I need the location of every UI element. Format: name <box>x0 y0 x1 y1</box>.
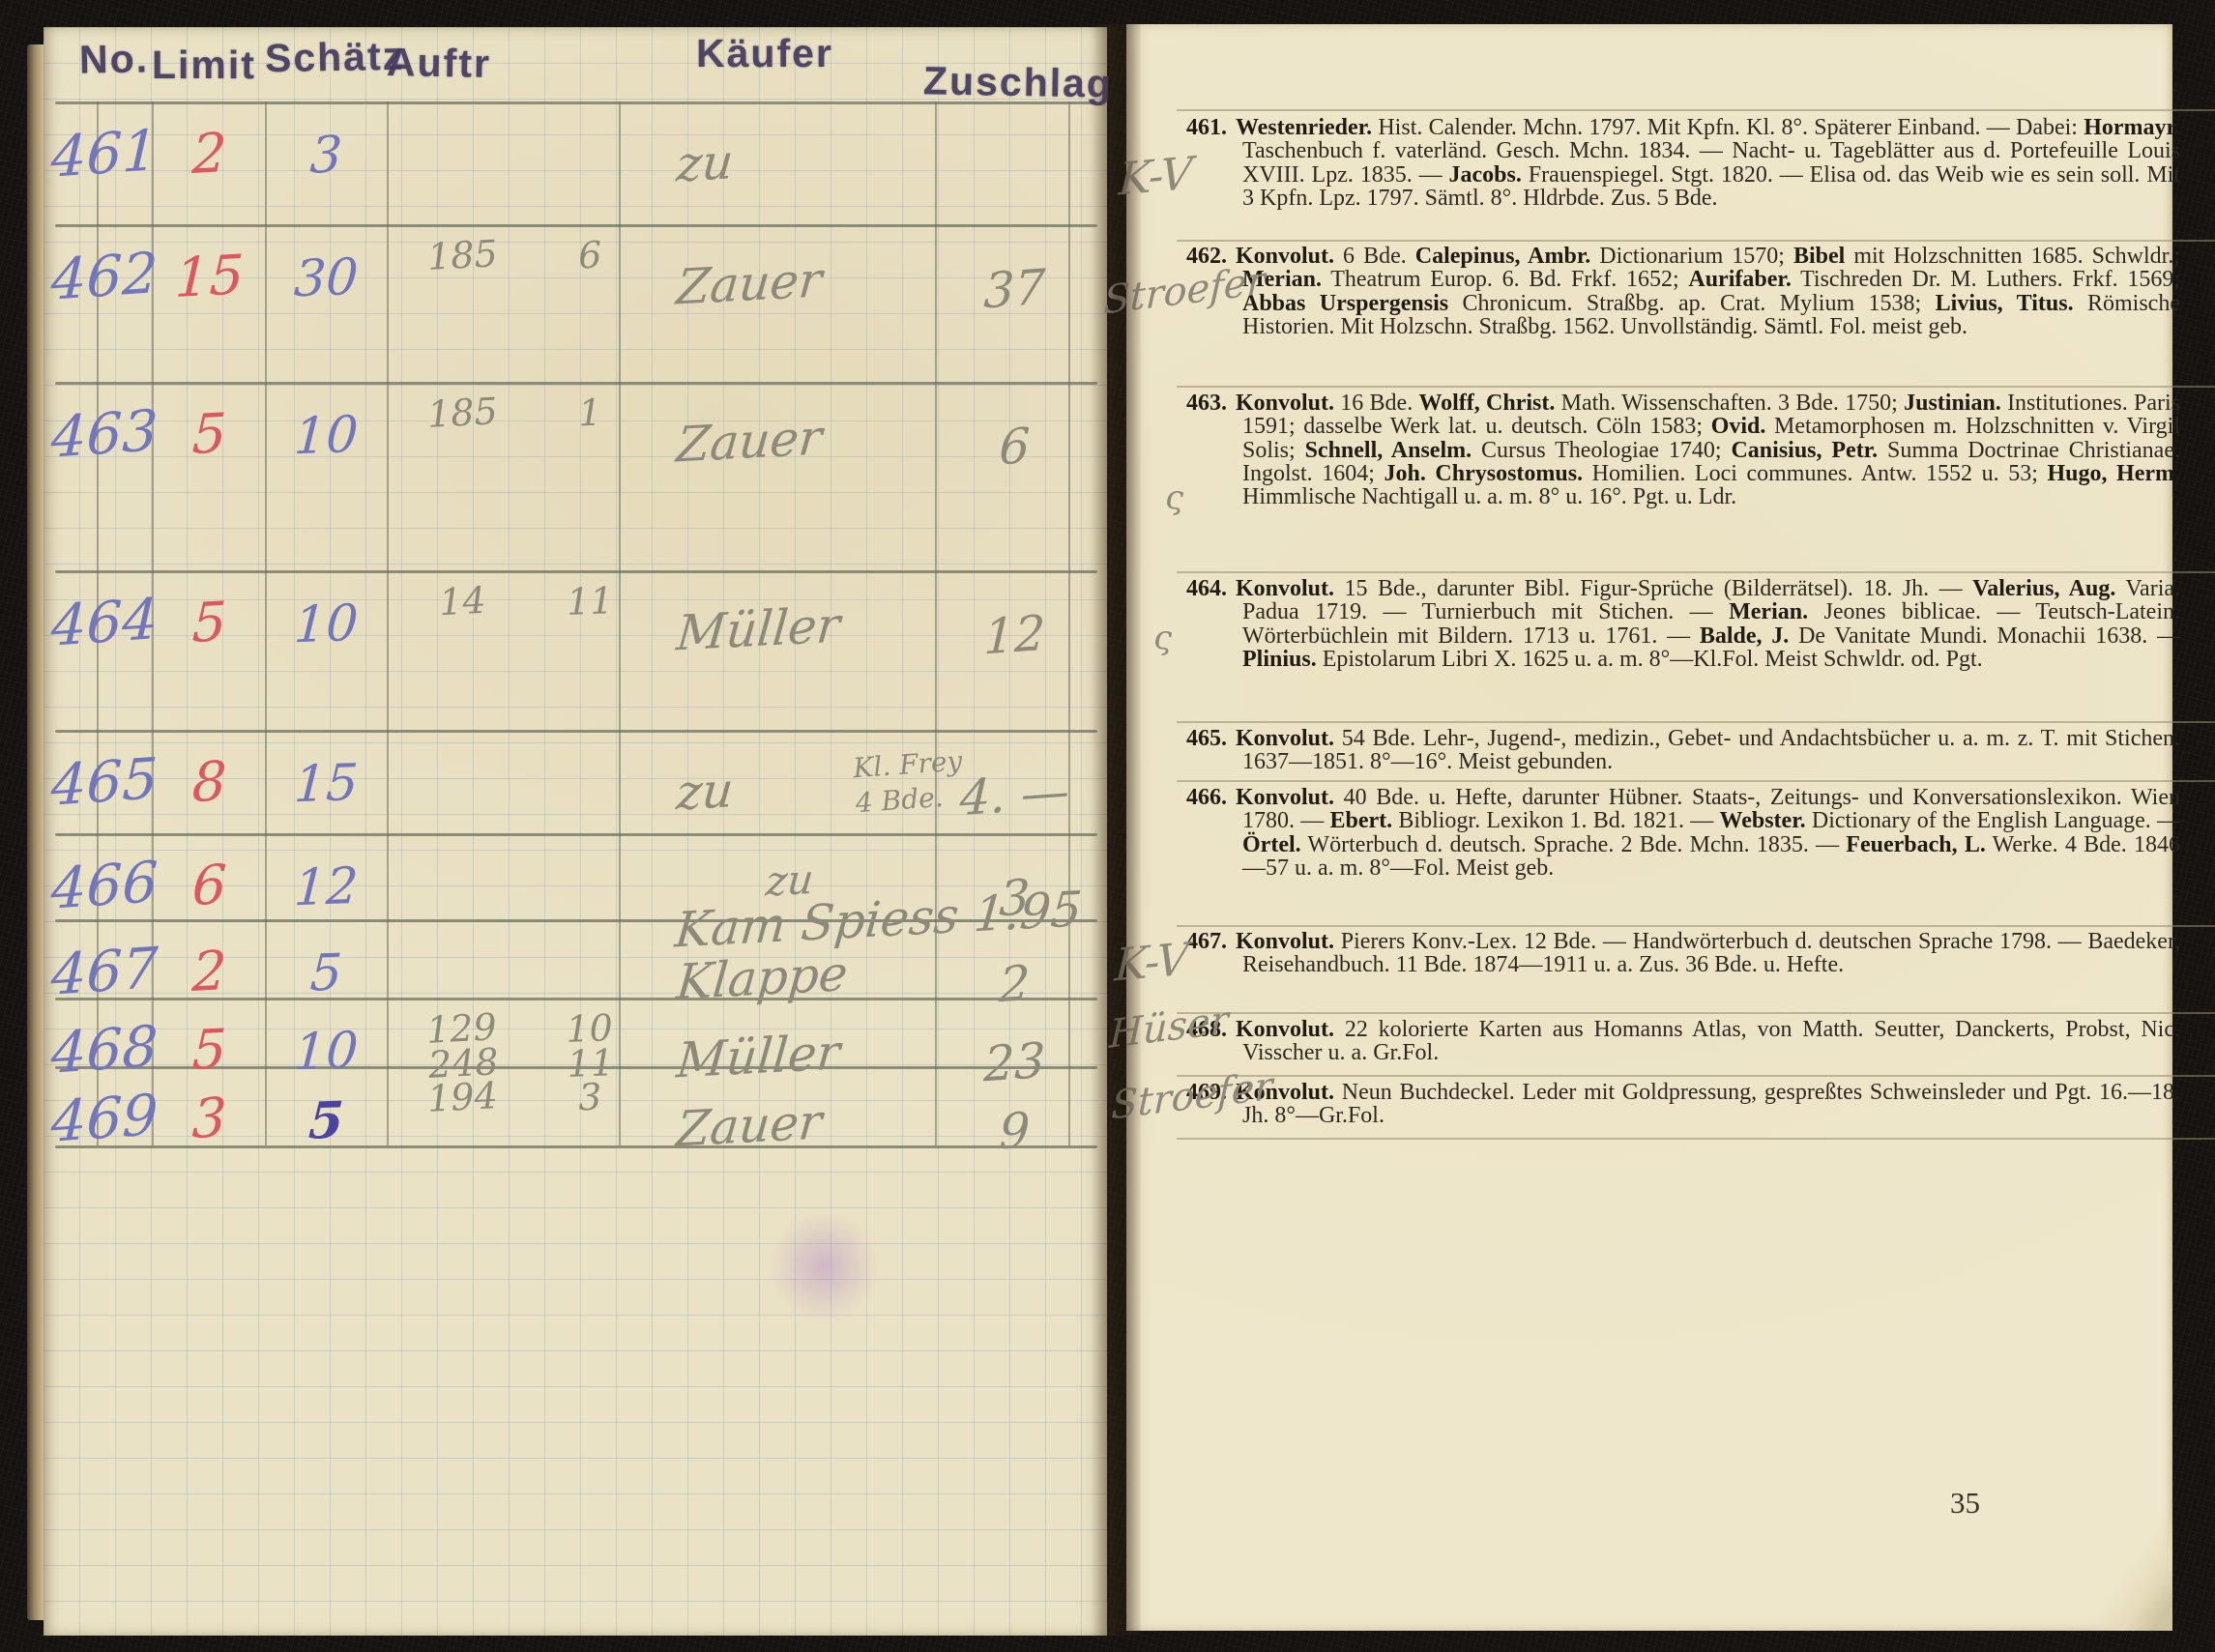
catalog-entry: 465.Konvolut. 54 Bde. Lehr-, Jugend-, me… <box>1186 727 2180 774</box>
row-no: 465 <box>50 726 154 819</box>
row-auftrag-1: 185 <box>389 378 536 434</box>
entry-number: 464. <box>1186 576 1227 601</box>
row-limit: 2 <box>154 99 267 188</box>
ledger-header-stamp: No. <box>79 36 150 82</box>
entry-separator-rule <box>1177 925 2215 927</box>
row-zuschlag: 12 <box>937 565 1094 669</box>
entry-separator-rule <box>1177 1012 2215 1014</box>
row-zuschlag: 4. — <box>937 724 1094 828</box>
ledger-header-stamp: Limit <box>152 43 256 88</box>
row-schaetz: 10 <box>266 568 388 655</box>
row-limit: 3 <box>154 1063 267 1153</box>
page-number: 35 <box>1950 1486 1980 1521</box>
row-limit: 8 <box>154 727 267 817</box>
ledger-page: No.LimitSchätzAuftrKäuferZuschlag46123zu… <box>44 27 1107 1636</box>
ledger-header-stamp: Auftr <box>387 40 492 87</box>
entry-number: 467. <box>1186 929 1227 954</box>
row-limit: 5 <box>154 379 267 469</box>
row-schaetz: 5 <box>266 1064 388 1152</box>
catalog-entry: 463.Konvolut. 16 Bde. Wolff, Christ. Mat… <box>1186 391 2180 508</box>
row-no: 462 <box>50 220 154 313</box>
ledger-row: 46123zu <box>44 101 1107 224</box>
row-auftrag-2: 11 <box>545 568 634 620</box>
ledger-row: 469351943Zauer9 <box>44 1066 1107 1145</box>
row-zuschlag: 37 <box>937 218 1094 323</box>
entry-separator-rule <box>1177 1075 2215 1077</box>
page-corner-curl <box>2080 1517 2172 1631</box>
entry-separator-rule <box>1177 721 2215 723</box>
catalog-entry: 461.Westenrieder. Hist. Calender. Mchn. … <box>1186 116 2180 210</box>
entry-number: 461. <box>1186 115 1227 140</box>
row-schaetz: 3 <box>266 100 388 187</box>
catalog-entry: 469.Konvolut. Neun Buchdeckel. Leder mit… <box>1186 1081 2180 1128</box>
row-zuschlag: 9 <box>937 1060 1094 1165</box>
ledger-row: 4685101292481011Müller23 <box>44 998 1107 1066</box>
book-spread: No.LimitSchätzAuftrKäuferZuschlag46123zu… <box>0 0 2215 1652</box>
ledger-header-stamp: Schätz <box>265 34 405 82</box>
entry-separator-rule <box>1177 571 2215 573</box>
ink-smudge <box>769 1211 880 1322</box>
entry-separator-rule <box>1177 240 2215 242</box>
margin-annotation: ς <box>1153 619 1172 657</box>
entry-number: 466. <box>1186 785 1227 810</box>
catalog-entry: 468.Konvolut. 22 kolorierte Karten aus H… <box>1186 1018 2180 1065</box>
row-schaetz: 5 <box>266 917 388 1004</box>
row-schaetz: 12 <box>266 831 388 918</box>
row-schaetz: 15 <box>266 728 388 815</box>
row-schaetz: 10 <box>266 380 388 467</box>
ledger-header-stamp: Käufer <box>696 31 833 76</box>
row-kaeufer: zu <box>621 91 1039 196</box>
row-limit: 2 <box>154 916 267 1006</box>
row-auftrag-2: 1 <box>545 380 634 431</box>
entry-separator-rule <box>1177 780 2215 782</box>
row-auftrag-1: 194 <box>389 1062 536 1118</box>
row-no: 464 <box>50 566 154 659</box>
row-auftrag-1: 185 <box>389 220 536 276</box>
ledger-row: 46725Klappe2 <box>44 919 1107 998</box>
entry-number: 465. <box>1186 726 1227 751</box>
ledger-row: 4635101851Zauer6 <box>44 382 1107 570</box>
row-auftrag-1: 14 <box>389 566 536 623</box>
row-no: 461 <box>50 98 154 190</box>
row-auftrag-2: 3 <box>545 1064 634 1116</box>
ledger-row: 46215301856Zauer37 <box>44 224 1107 382</box>
entry-separator-rule <box>1177 1138 2215 1140</box>
row-limit: 6 <box>154 830 267 920</box>
row-auftrag-2: 6 <box>545 222 634 274</box>
catalog-entry: 464.Konvolut. 15 Bde., darunter Bibl. Fi… <box>1186 577 2180 671</box>
catalog-entry: 462.Konvolut. 6 Bde. Calepinus, Ambr. Di… <box>1186 245 2180 338</box>
row-limit: 15 <box>154 221 267 311</box>
entry-separator-rule <box>1177 386 2215 388</box>
row-no: 469 <box>50 1062 154 1155</box>
ledger-row: 465815zuKl. Frey4 Bde.4. — <box>44 730 1107 833</box>
entry-number: 463. <box>1186 391 1227 416</box>
margin-annotation: ς <box>1165 478 1183 517</box>
catalog-page: 35 461.Westenrieder. Hist. Calender. Mch… <box>1126 24 2172 1631</box>
ledger-row: 4645101411Müller12 <box>44 570 1107 730</box>
ledger-row: 466612zuKam Spiess 1.953 <box>44 833 1107 919</box>
catalog-entry: 466.Konvolut. 40 Bde. u. Hefte, darunter… <box>1186 786 2180 880</box>
row-limit: 5 <box>154 567 267 657</box>
catalog-entry: 467.Konvolut. Pierers Konv.-Lex. 12 Bde.… <box>1186 930 2180 977</box>
row-no: 463 <box>50 378 154 471</box>
row-no: 466 <box>50 829 154 922</box>
row-zuschlag: 6 <box>937 376 1094 480</box>
entry-separator-rule <box>1177 109 2215 111</box>
row-schaetz: 30 <box>266 222 388 309</box>
binding-gutter <box>1091 24 1141 1636</box>
